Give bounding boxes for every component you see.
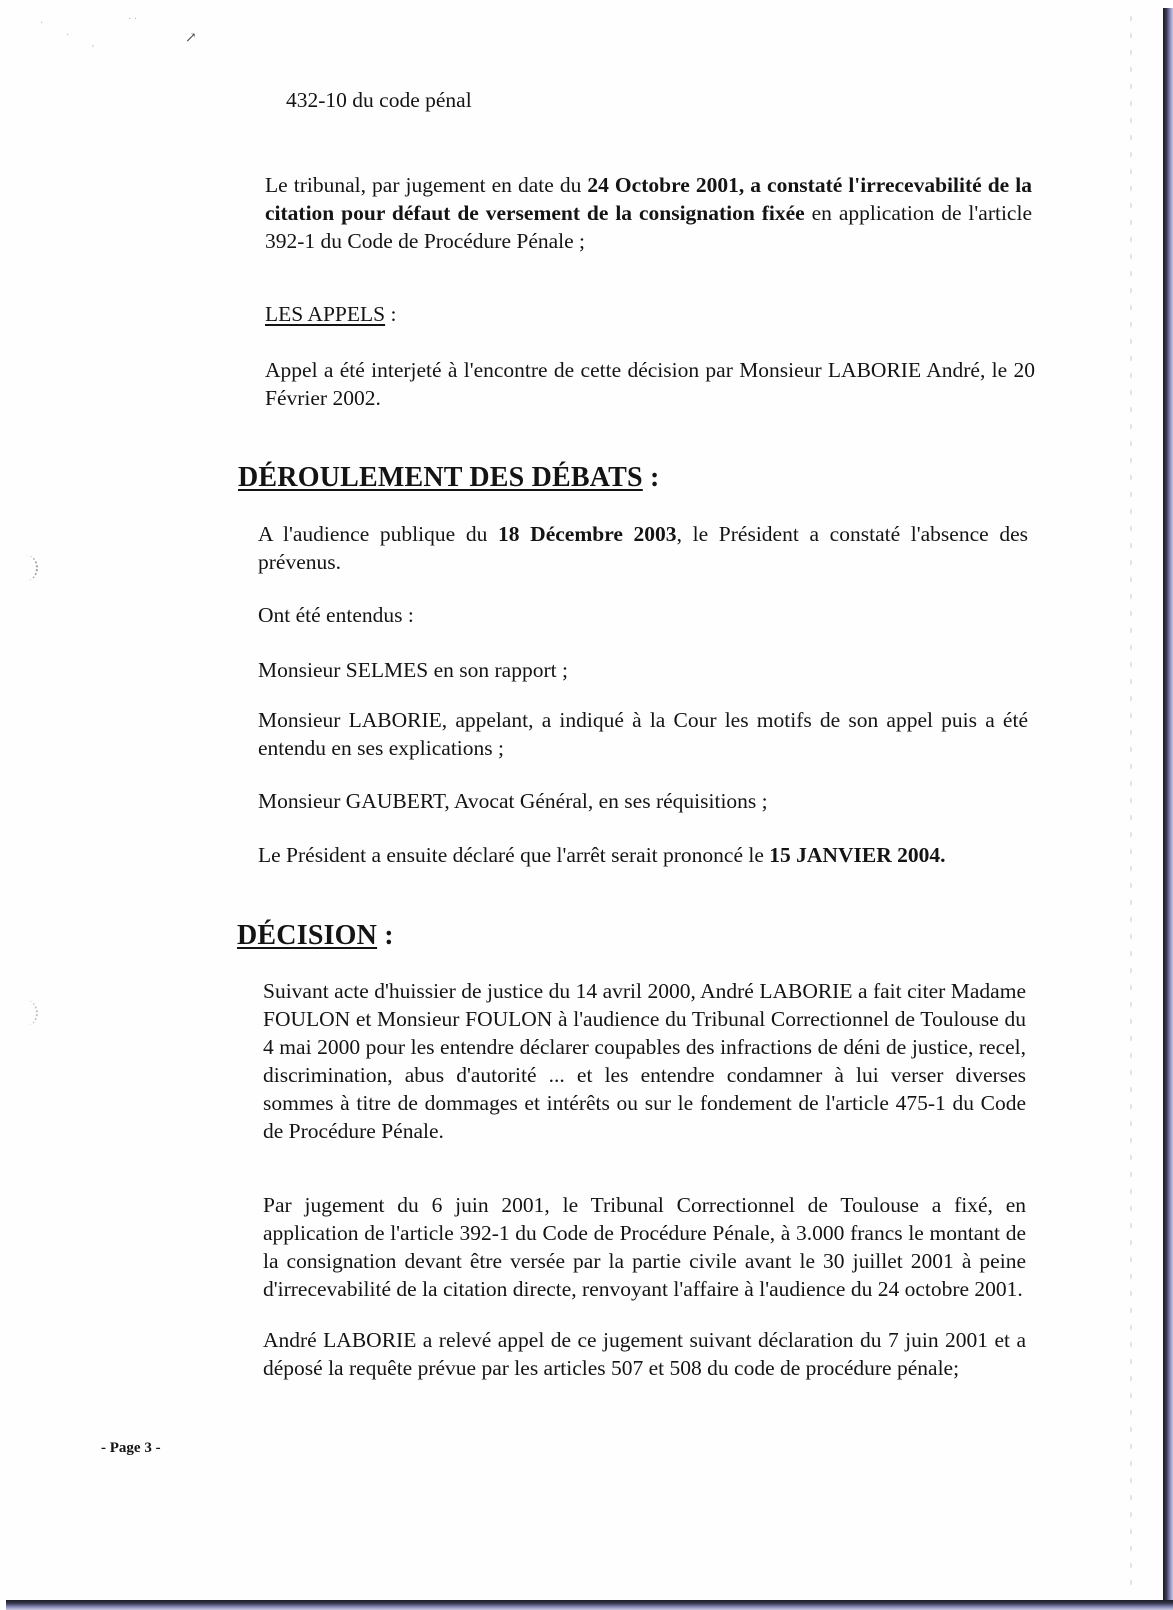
decision-paragraph-2: Par jugement du 6 juin 2001, le Tribunal… <box>263 1191 1026 1303</box>
debats-heading-text: DÉROULEMENT DES DÉBATS <box>238 462 643 493</box>
scanned-page: · · ' · · ↗ 432-10 du code pénal Le trib… <box>0 0 1163 1600</box>
decision-heading-text: DÉCISION <box>237 920 377 951</box>
heading-colon: : <box>385 302 396 326</box>
scan-speck: · <box>66 30 69 41</box>
audience-paragraph: A l'audience publique du 18 Décembre 200… <box>258 520 1028 576</box>
gaubert-line: Monsieur GAUBERT, Avocat Général, en ses… <box>258 787 768 815</box>
appels-paragraph: Appel a été interjeté à l'encontre de ce… <box>265 356 1035 412</box>
punch-hole-mark <box>14 555 38 581</box>
heading-colon: : <box>643 462 660 493</box>
scan-speck: ↗ <box>185 30 197 47</box>
audience-date: 18 Décembre 2003 <box>498 522 677 546</box>
audience-text: A l'audience publique du <box>258 522 498 546</box>
scan-speck: · · <box>128 14 137 25</box>
laborie-paragraph: Monsieur LABORIE, appelant, a indiqué à … <box>258 706 1028 762</box>
selmes-line: Monsieur SELMES en son rapport ; <box>258 656 568 684</box>
page-shadow-bottom <box>6 1600 1173 1610</box>
punch-hole-mark <box>14 1000 38 1026</box>
appels-heading-text: LES APPELS <box>265 302 385 326</box>
scan-speck: ' <box>92 44 94 55</box>
decision-heading: DÉCISION : <box>237 920 394 952</box>
decision-paragraph-1: Suivant acte d'huissier de justice du 14… <box>263 977 1026 1145</box>
article-reference: 432-10 du code pénal <box>286 86 472 114</box>
scan-speck: · <box>40 18 43 29</box>
tribunal-paragraph: Le tribunal, par jugement en date du 24 … <box>265 171 1032 255</box>
page-number: - Page 3 - <box>101 1440 161 1457</box>
decision-paragraph-3: André LABORIE a relevé appel de ce jugem… <box>263 1326 1026 1382</box>
president-text: Le Président a ensuite déclaré que l'arr… <box>258 843 769 867</box>
president-line: Le Président a ensuite déclaré que l'arr… <box>258 841 945 869</box>
debats-heading: DÉROULEMENT DES DÉBATS : <box>238 462 660 494</box>
page-shadow-right <box>1163 8 1173 1610</box>
entendus-line: Ont été entendus : <box>258 601 414 629</box>
heading-colon: : <box>377 920 394 951</box>
appels-heading: LES APPELS : <box>265 300 396 328</box>
tribunal-text: Le tribunal, par jugement en date du <box>265 173 587 197</box>
verdict-date: 15 JANVIER 2004. <box>769 843 945 867</box>
margin-scan-noise <box>1128 10 1134 1590</box>
